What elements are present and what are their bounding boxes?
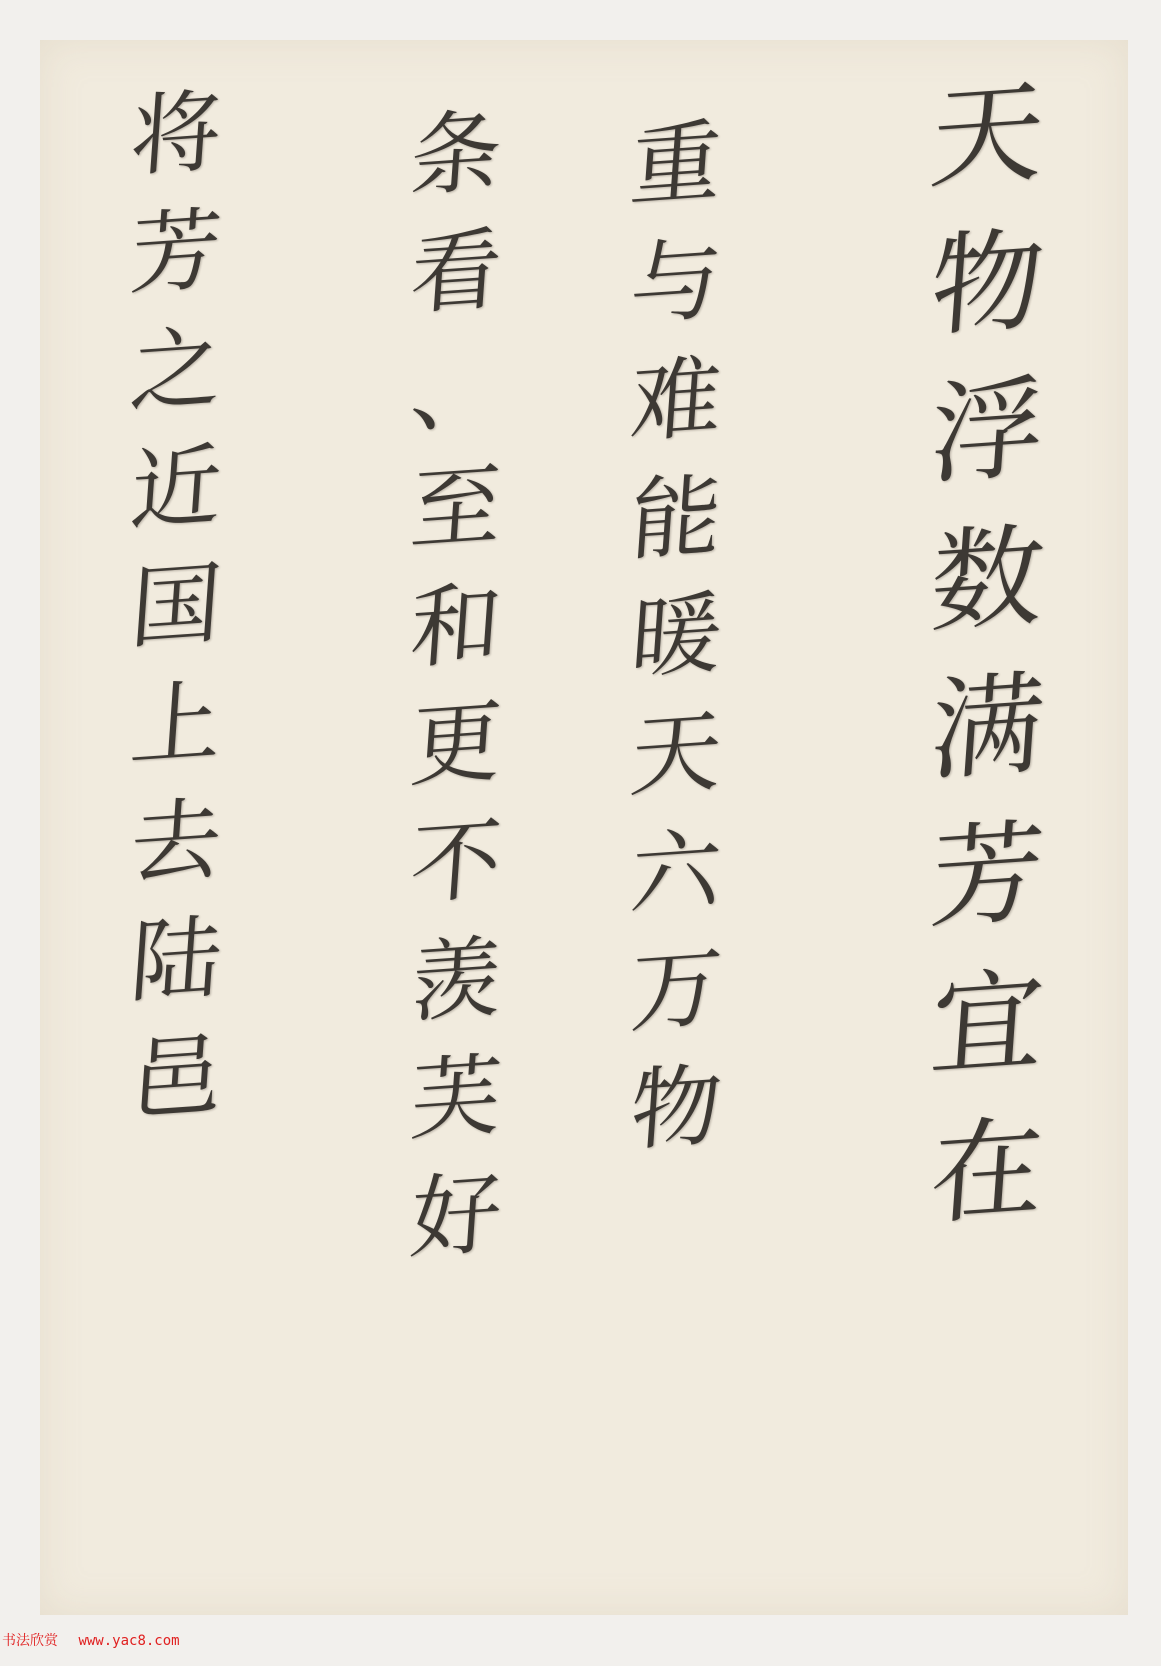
character: 浮: [924, 372, 1047, 527]
character: 至: [406, 461, 505, 585]
character: 更: [406, 697, 505, 821]
character: 天: [924, 76, 1047, 231]
character: 看: [406, 225, 505, 349]
character: 将: [126, 87, 225, 211]
character: 与: [626, 235, 725, 359]
character: 芳: [126, 205, 225, 329]
character: 之: [126, 323, 225, 447]
character: 陆: [126, 913, 225, 1037]
character: 六: [626, 825, 725, 949]
character: 上: [126, 677, 225, 801]
column-1: 天 物 浮 数 满 芳 宜 在: [930, 80, 1042, 1264]
character: 去: [126, 795, 225, 919]
character: 难: [626, 353, 725, 477]
column-4: 将 芳 之 近 国 上 去 陆 邑: [130, 90, 220, 1152]
character: 邑: [126, 1031, 225, 1155]
calligraphy-paper: 天 物 浮 数 满 芳 宜 在 重 与 难 能 暖 天 六 万 物 条 看 、 …: [40, 40, 1128, 1615]
character: 能: [626, 471, 725, 595]
character: 万: [626, 943, 725, 1067]
character: 天: [626, 707, 725, 831]
character: 重: [626, 117, 725, 241]
character: 和: [406, 579, 505, 703]
column-3: 条 看 、 至 和 更 不 羡 芙 好: [410, 110, 500, 1290]
character: 国: [126, 559, 225, 683]
watermark-title: 书法欣赏: [2, 1633, 58, 1649]
character: 、: [406, 343, 505, 467]
character: 满: [924, 668, 1047, 823]
watermark: 书法欣赏 www.yac8.com: [2, 1630, 180, 1650]
character: 芙: [406, 1051, 505, 1175]
character: 暖: [626, 589, 725, 713]
column-2: 重 与 难 能 暖 天 六 万 物: [630, 120, 720, 1182]
character: 不: [406, 815, 505, 939]
character: 宜: [924, 964, 1047, 1119]
character: 羡: [406, 933, 505, 1057]
character: 数: [924, 520, 1047, 675]
character: 芳: [924, 816, 1047, 971]
character: 好: [406, 1169, 505, 1293]
character: 在: [924, 1112, 1047, 1267]
character: 条: [406, 107, 505, 231]
character: 物: [924, 224, 1047, 379]
character: 近: [126, 441, 225, 565]
watermark-url[interactable]: www.yac8.com: [78, 1633, 179, 1649]
character: 物: [626, 1061, 725, 1185]
